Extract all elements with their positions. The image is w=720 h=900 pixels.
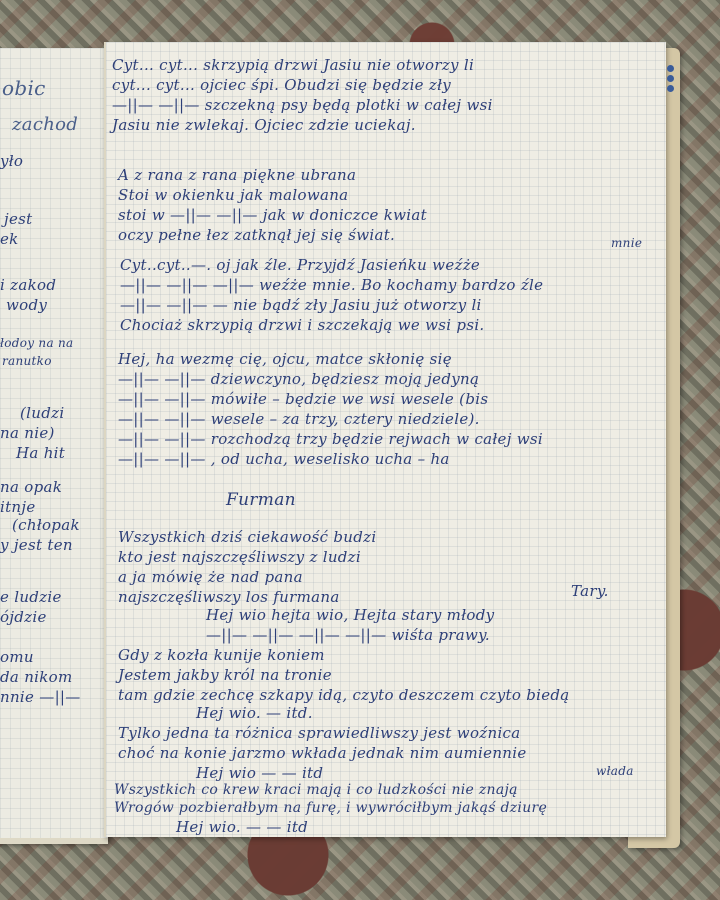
left-fragment: e ludzie xyxy=(0,588,62,606)
left-fragment: yło xyxy=(0,152,23,170)
lyric-line: Cyt..cyt..—. oj jak źle. Przyjdź Jasieńk… xyxy=(120,256,480,274)
lyric-line: —||— —||— — nie bądź zły Jasiu już otwor… xyxy=(120,296,482,314)
left-fragment: ranutko xyxy=(2,354,52,368)
left-fragment: ek xyxy=(0,230,19,248)
refrain-line: —||— —||— —||— —||— wiśta prawy. xyxy=(206,626,490,644)
lyric-line: Chociaż skrzypią drzwi i szczekają we ws… xyxy=(120,316,485,334)
left-fragment: ójdzie xyxy=(0,608,47,626)
left-fragment: omu xyxy=(0,648,34,666)
lyric-line: A z rana z rana piękne ubrana xyxy=(118,166,356,184)
left-fragment: da nikom xyxy=(0,668,73,686)
left-fragment: na nie) xyxy=(0,424,55,442)
lyric-line: —||— —||— szczekną psy będą plotki w cał… xyxy=(112,96,493,114)
left-fragment: i zakod xyxy=(0,276,56,294)
left-fragment: obic xyxy=(2,76,46,100)
margin-note: mnie xyxy=(611,236,642,250)
lyric-line: Tylko jedna ta różnica sprawiedliwszy je… xyxy=(118,724,520,742)
lyric-line: Wszystkich dziś ciekawość budzi xyxy=(118,528,376,546)
lyric-line: stoi w —||— —||— jak w doniczce kwiat xyxy=(118,206,427,224)
margin-note: włada xyxy=(596,764,634,778)
lyric-line: —||— —||— dziewczyno, będziesz moją jedy… xyxy=(118,370,479,388)
lyric-line: tam gdzie zechcę szkapy idą, czyto deszc… xyxy=(118,686,570,704)
left-notebook-page: obic zachod yło jest ek i zakod wody łod… xyxy=(0,48,108,844)
lyric-line: cyt... cyt... ojciec śpi. Obudzi się będ… xyxy=(112,76,451,94)
lyric-line: —||— —||— , od ucha, weselisko ucha – ha xyxy=(118,450,450,468)
margin-note: Tary. xyxy=(571,582,609,600)
left-fragment: itnje xyxy=(0,498,36,516)
refrain-line: Hej wio hejta wio, Hejta stary młody xyxy=(206,606,494,624)
left-fragment: wody xyxy=(6,296,47,314)
lyric-line: Hej wio. — itd. xyxy=(196,704,313,722)
left-fragment: Ha hit xyxy=(16,444,65,462)
lyric-line: a ja mówię że nad pana xyxy=(118,568,303,586)
lyric-line: Gdy z kozła kunije koniem xyxy=(118,646,325,664)
lyric-line: —||— —||— rozchodzą trzy będzie rejwach … xyxy=(118,430,543,448)
lyric-line: Wrogów pozbierałbym na furę, i wywróciłb… xyxy=(114,800,547,816)
lyric-line: Hej, ha wezmę cię, ojcu, matce skłonię s… xyxy=(118,350,452,368)
dot-icon xyxy=(667,85,674,92)
left-fragment: zachod xyxy=(12,114,78,135)
left-fragment: jest xyxy=(4,210,32,228)
lyric-line: choć na konie jarzmo wkłada jednak nim a… xyxy=(118,744,527,762)
lyric-line: najszczęśliwszy los furmana xyxy=(118,588,340,606)
lyric-line: Jestem jakby król na tronie xyxy=(118,666,332,684)
lyric-line: —||— —||— —||— weźże mnie. Bo kochamy ba… xyxy=(120,276,543,294)
lyric-line: Cyt... cyt... skrzypią drzwi Jasiu nie o… xyxy=(112,56,474,74)
song-title: Furman xyxy=(226,490,296,510)
left-fragment: (ludzi xyxy=(20,404,64,422)
lyric-line: Wszystkich co krew kraci mają i co ludzk… xyxy=(114,782,518,798)
lyric-line: Stoi w okienku jak malowana xyxy=(118,186,348,204)
right-notebook-page: Cyt... cyt... skrzypią drzwi Jasiu nie o… xyxy=(104,42,666,837)
lyric-line: oczy pełne łez zatknął jej się świat. xyxy=(118,226,395,244)
lyric-line: kto jest najszczęśliwszy z ludzi xyxy=(118,548,361,566)
lyric-line: —||— —||— mówiłe – będzie we wsi wesele … xyxy=(118,390,488,408)
lyric-line: Jasiu nie zwlekaj. Ojciec zdzie uciekaj. xyxy=(112,116,416,134)
left-fragment: na opak xyxy=(0,478,62,496)
lyric-line: —||— —||— wesele – za trzy, cztery niedz… xyxy=(118,410,480,428)
lyric-line: Hej wio. — — itd xyxy=(176,818,308,836)
spine-decoration xyxy=(667,62,674,95)
dot-icon xyxy=(667,65,674,72)
left-fragment: (chłopak xyxy=(12,516,80,534)
left-fragment: łodoy na na xyxy=(0,336,74,350)
dot-icon xyxy=(667,75,674,82)
left-fragment: nnie —||— xyxy=(0,688,81,706)
left-fragment: y jest ten xyxy=(0,536,73,554)
lyric-line: Hej wio — — itd xyxy=(196,764,323,782)
